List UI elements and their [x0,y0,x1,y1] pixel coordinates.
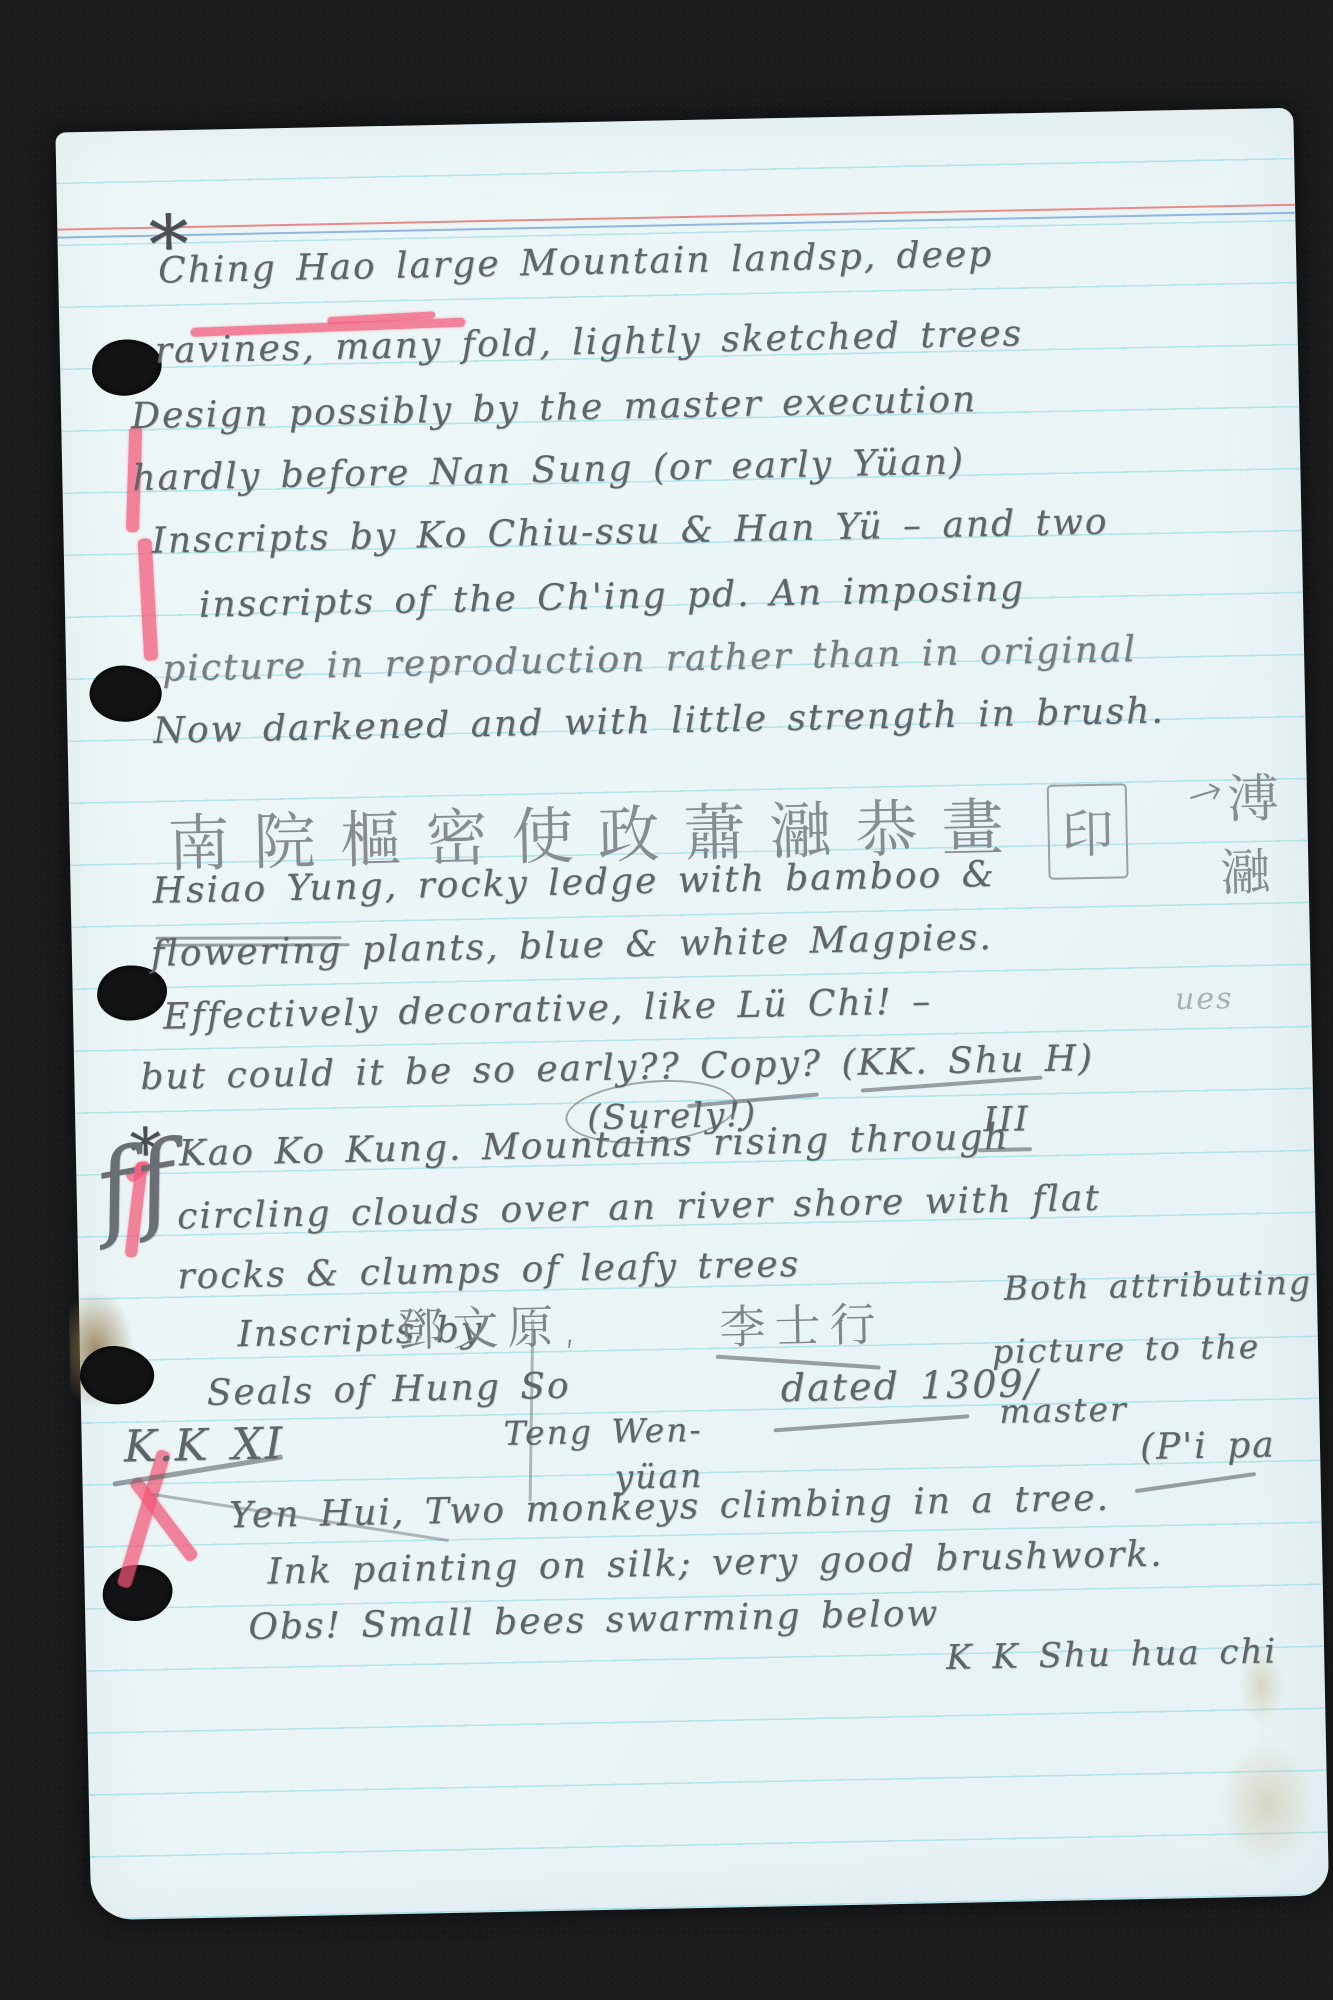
handwriting-line: circling clouds over an river shore with… [177,1178,1101,1238]
handwriting-line: Design possibly by the master execution [131,379,978,437]
handwriting-line: inscripts of the Ch'ing pd. An imposing [199,568,1026,626]
margin-note: ues [1175,981,1234,1017]
margin-scribble: ff [85,1118,186,1252]
handwriting-line: flowering plants, blue & white Magpies. [151,917,994,975]
handwriting-line: Now darkened and with little strength in… [153,690,1165,751]
handwriting-line: Effectively decorative, like Lü Chi! – [163,981,933,1037]
handwriting-line: Yen Hui, Two monkeys climbing in a tree. [229,1478,1111,1537]
margin-character: 溥 [1226,756,1304,833]
handwriting-line: hardly before Nan Sung (or early Yüan) [132,441,965,499]
handwriting-line: rocks & clumps of leafy trees [177,1244,801,1297]
handwriting-line: ravines, many fold, lightly sketched tre… [154,313,1023,371]
handwriting-line: picture in reproduction rather than in o… [162,629,1138,690]
handwriting-line: Ching Hao large Mountain landsp, deep [158,234,994,292]
handwriting-line: Kao Ko Kung. Mountains rising through [179,1117,1010,1175]
handwriting-line: Both attributing [1003,1263,1312,1308]
handwriting-line: Teng Wen- [503,1410,703,1453]
handwriting-line: Inscripts by Ko Chiu-ssu & Han Yü – and … [151,502,1109,562]
scanner-background: ∗Ching Hao large Mountain landsp, deepra… [0,0,1333,2000]
handwriting-line: picture to the [992,1327,1261,1371]
handwriting-line: K.K XI [123,1418,284,1472]
margin-character: 瀜 [1220,832,1295,905]
handwriting-line: Seals of Hung So [206,1366,571,1414]
seal-box: 印 [1047,783,1129,880]
handwriting-line: but could it be so early?? Copy? (KK. Sh… [140,1038,1094,1098]
handwriting-line: master [999,1389,1128,1431]
handwriting-layer: ∗Ching Hao large Mountain landsp, deepra… [55,108,1329,1920]
chinese-name: 鄧文原, [397,1290,587,1360]
handwriting-line: K K Shu hua chi [946,1631,1278,1678]
handwriting-line: Ink painting on silk; very good brushwor… [267,1534,1164,1593]
handwriting-line: Obs! Small bees swarming below [248,1593,940,1648]
paper: ∗Ching Hao large Mountain landsp, deepra… [55,108,1329,1920]
chinese-name: 李士行 [719,1288,885,1357]
handwriting-line: (P'i pa [1140,1424,1276,1468]
